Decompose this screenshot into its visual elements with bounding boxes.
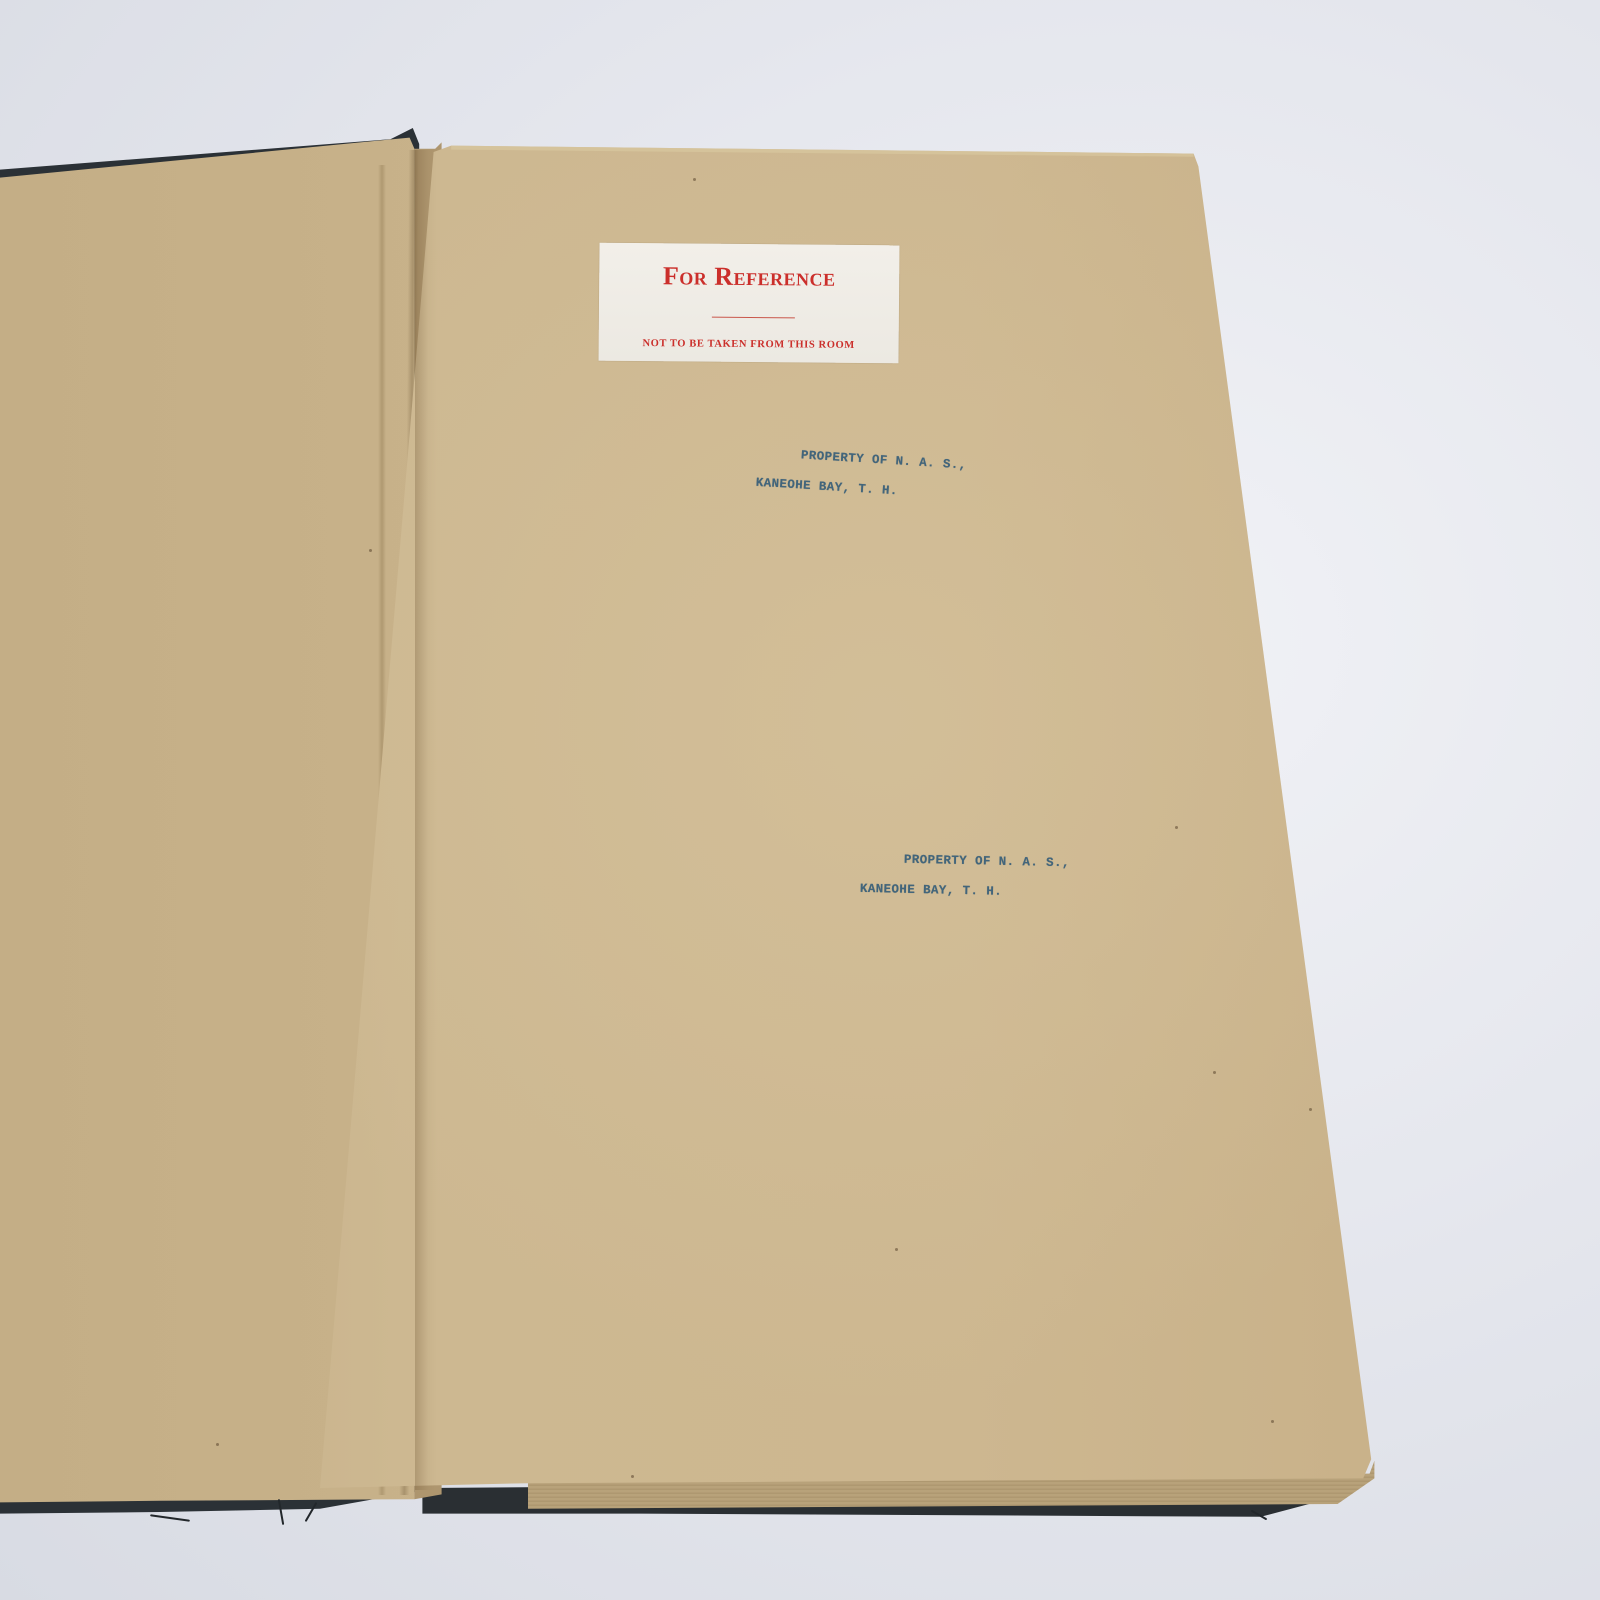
label-title: For Reference bbox=[599, 261, 899, 294]
foxing-spot bbox=[216, 1443, 219, 1446]
foxing-spot bbox=[369, 549, 372, 552]
label-subtitle: NOT TO BE TAKEN FROM THIS ROOM bbox=[599, 338, 899, 352]
foxing-spot bbox=[631, 1475, 634, 1478]
property-stamp: PROPERTY OF N. A. S., KANEOHE BAY, T. H. bbox=[855, 837, 1070, 931]
foxing-spot bbox=[1309, 1108, 1312, 1111]
foxing-spot bbox=[693, 178, 696, 181]
stamp-line-1: PROPERTY OF N. A. S., bbox=[904, 853, 1070, 870]
photo-scene: For Reference NOT TO BE TAKEN FROM THIS … bbox=[0, 0, 1600, 1600]
for-reference-label: For Reference NOT TO BE TAKEN FROM THIS … bbox=[598, 243, 899, 364]
stamp-line-1: PROPERTY OF N. A. S., bbox=[801, 448, 967, 472]
page-inner-fold bbox=[415, 150, 437, 1490]
foxing-spot bbox=[1175, 826, 1178, 829]
stamp-line-2: KANEOHE BAY, T. H. bbox=[751, 475, 965, 503]
property-stamp: PROPERTY OF N. A. S., KANEOHE BAY, T. H. bbox=[749, 431, 967, 534]
cloth-fiber bbox=[150, 1514, 190, 1522]
stamp-line-2: KANEOHE BAY, T. H. bbox=[856, 882, 1070, 901]
open-book: For Reference NOT TO BE TAKEN FROM THIS … bbox=[0, 0, 1600, 1600]
foxing-spot bbox=[1271, 1420, 1274, 1423]
foxing-spot bbox=[895, 1248, 898, 1251]
foxing-spot bbox=[1213, 1071, 1216, 1074]
label-rule bbox=[712, 317, 795, 319]
